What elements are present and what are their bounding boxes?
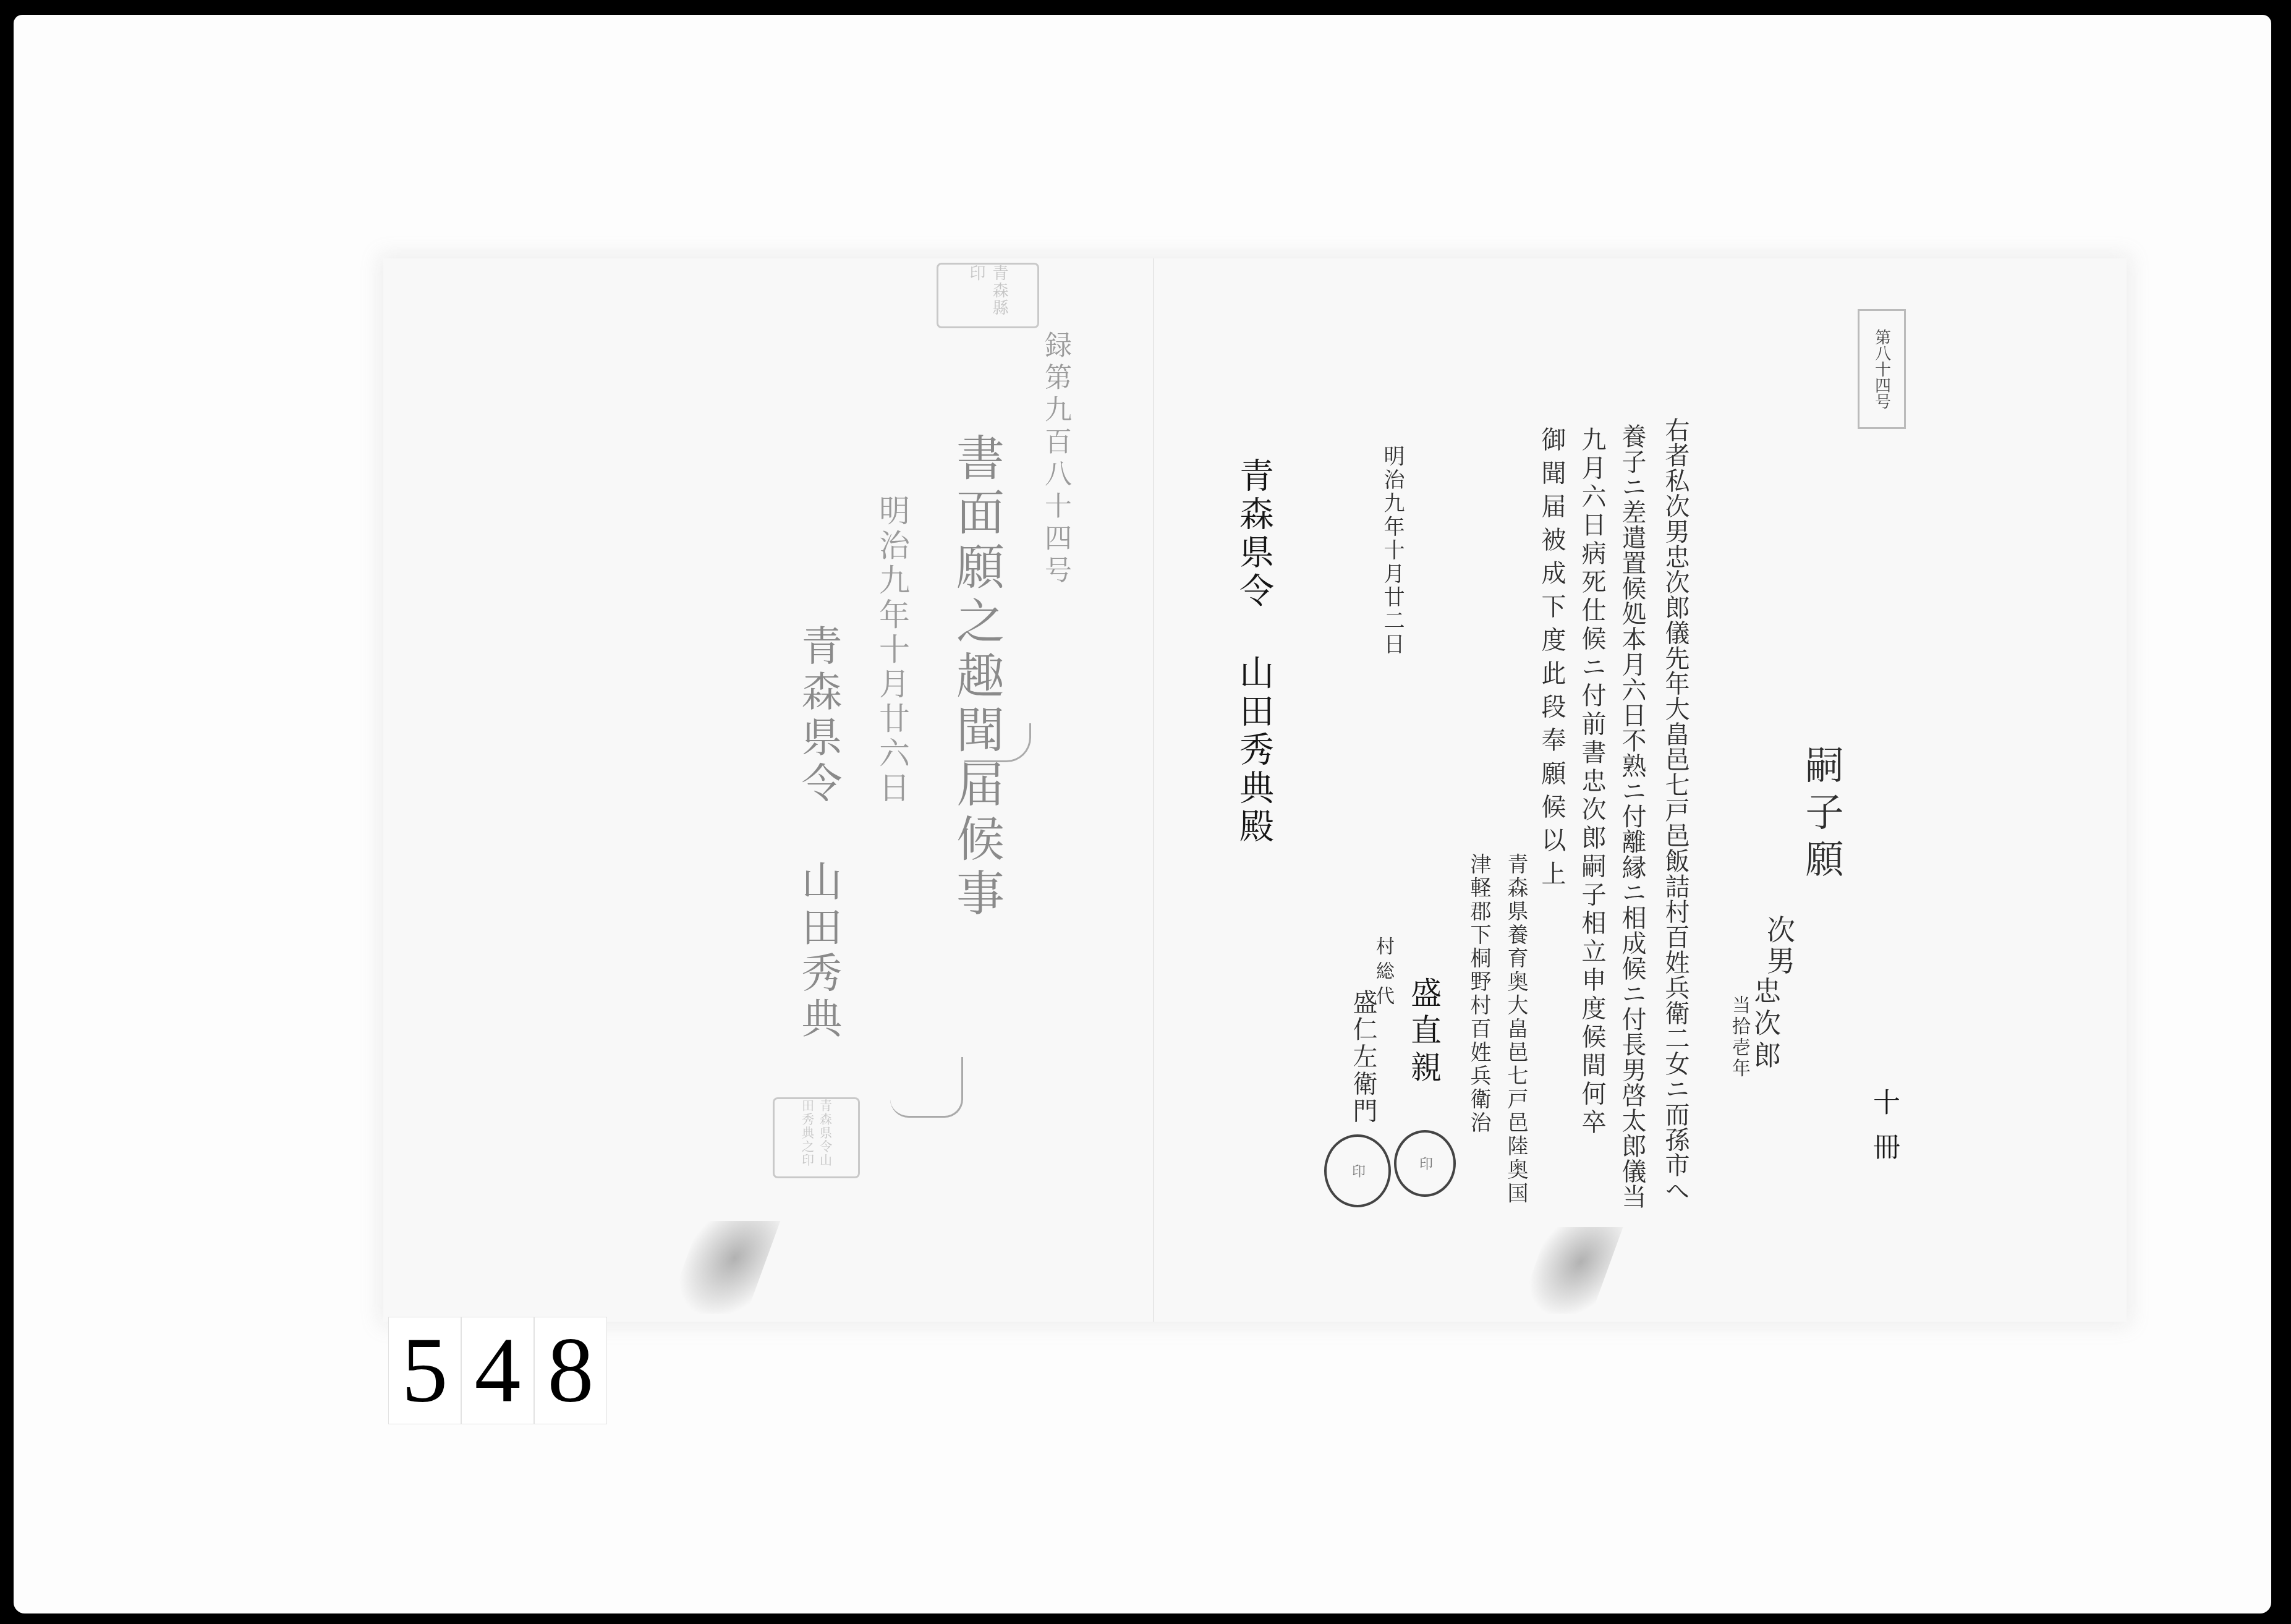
signer-main: 盛直親: [1408, 977, 1439, 1088]
item-number-label: 5 4 8: [388, 1317, 607, 1424]
applicant-age: 当拾壱年: [1730, 995, 1748, 1079]
applicant-relation: 次男: [1765, 915, 1793, 977]
body-line-4: 御聞届被成下度此段奉願候以上: [1539, 427, 1564, 894]
address-line-2: 津軽郡下桐野村百姓兵衛治: [1468, 853, 1489, 1135]
archive-number-tag: 第八十四号: [1858, 309, 1906, 429]
round-seal-1: 印: [1324, 1134, 1391, 1207]
seal-top: 青森縣印: [937, 263, 1039, 328]
seal-bottom: 青森県令山田秀典之印: [773, 1097, 860, 1178]
body-line-3: 九月六日病死仕候ニ付前書忠次郎嗣子相立申度候間何卒: [1579, 427, 1604, 1137]
application-date: 明治九年十月廿二日: [1382, 445, 1403, 657]
bracket-line-lower: [890, 1057, 963, 1118]
register-number: 録第九百八十四号: [1042, 331, 1069, 588]
round-seal-2: 印: [1394, 1130, 1456, 1197]
addressee: 青森県令 山田秀典殿: [1236, 457, 1271, 846]
number-digit: 5: [388, 1317, 461, 1424]
body-line-1: 右者私次男忠次郎儀先年大畠邑七戸邑飯詰村百姓兵衛二女ニ而孫市へ: [1663, 417, 1688, 1203]
number-digit: 8: [534, 1317, 607, 1424]
approval-text: 書面願之趣聞届候事: [952, 433, 1000, 922]
document-title: 嗣子願: [1802, 745, 1840, 886]
body-line-2: 養子ニ差遣置候処本月六日不熟ニ付離縁ニ相成候ニ付長男啓太郎儀当: [1620, 423, 1644, 1209]
applicant-name: 忠次郎: [1751, 977, 1778, 1073]
page-fold: [1153, 258, 1154, 1322]
signer-official: 盛仁左衛門: [1351, 989, 1375, 1125]
address-line-1: 青森県養育奥大畠邑七戸邑陸奥国: [1505, 853, 1526, 1205]
issuer: 青森県令 山田秀典: [797, 624, 838, 1043]
bracket-line-upper: [964, 723, 1031, 762]
number-digit: 4: [461, 1317, 534, 1424]
volume-mark: 十冊: [1870, 1088, 1897, 1177]
approval-date: 明治九年十月廿六日: [877, 495, 907, 806]
